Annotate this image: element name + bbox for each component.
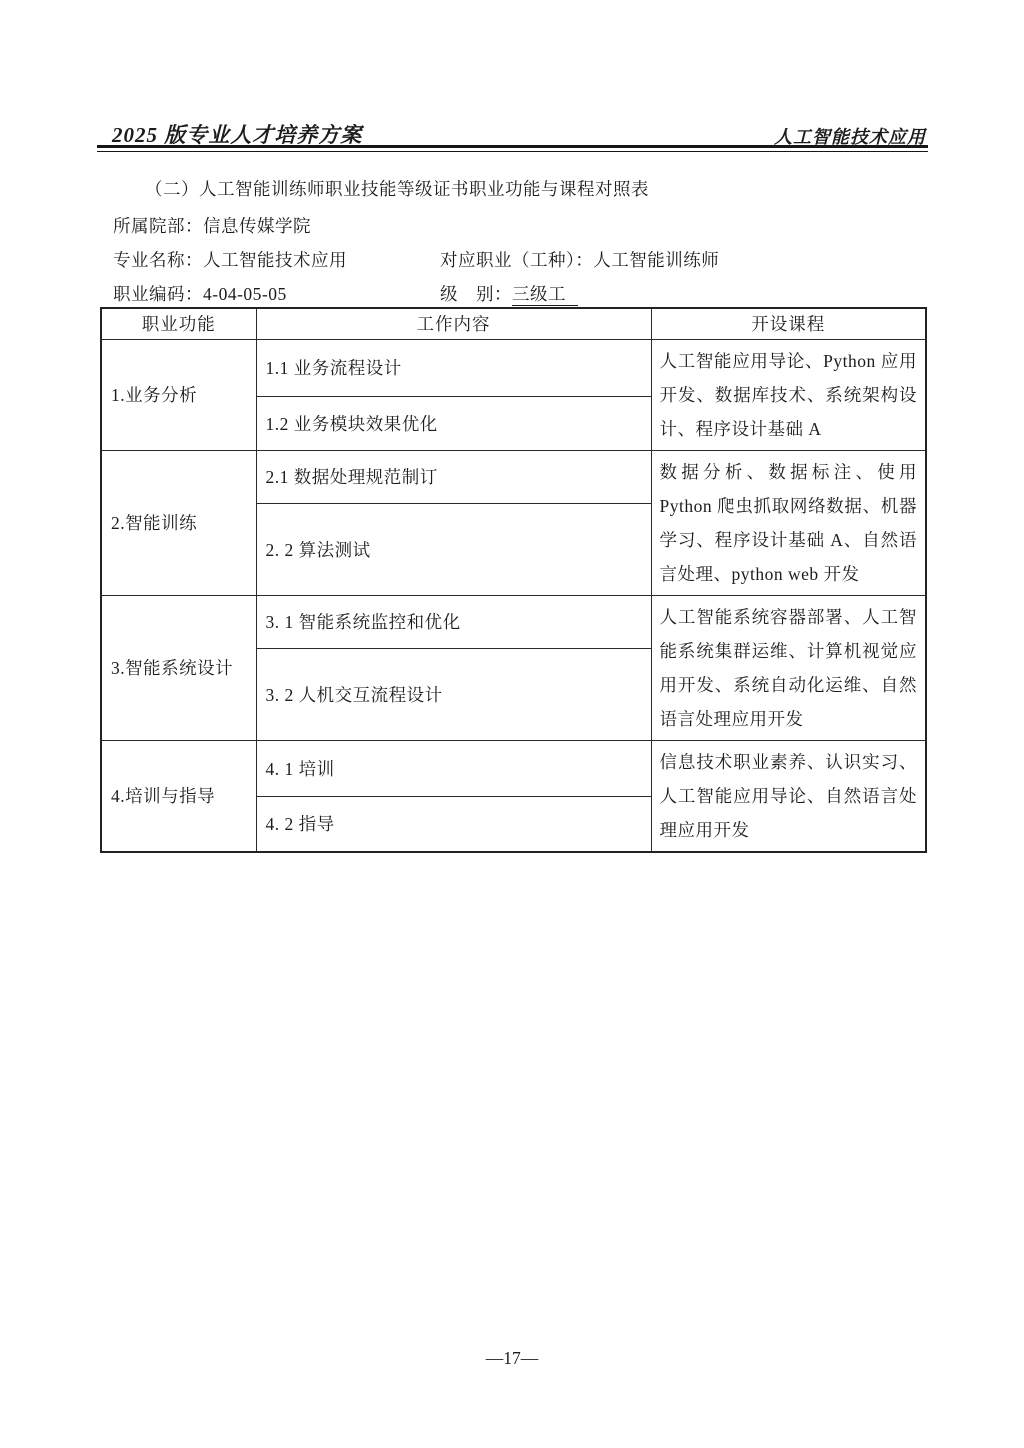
code-label: 职业编码： — [113, 284, 203, 304]
mapping-table-container: 职业功能 工作内容 开设课程 1.业务分析 1.1 业务流程设计 人工智能应用导… — [100, 307, 927, 853]
section-title: （二）人工智能训练师职业技能等级证书职业功能与课程对照表 — [145, 176, 649, 201]
task-cell: 1.1 业务流程设计 — [256, 339, 651, 397]
page-number: —17— — [0, 1348, 1024, 1369]
header-cell-work: 工作内容 — [256, 308, 651, 339]
task-cell: 3. 1 智能系统监控和优化 — [256, 595, 651, 648]
major-value: 人工智能技术应用 — [203, 250, 347, 270]
department-line: 所属院部：信息传媒学院 — [113, 213, 311, 238]
table-row: 4.培训与指导 4. 1 培训 信息技术职业素养、认识实习、人工智能应用导论、自… — [101, 740, 926, 796]
task-cell: 4. 2 指导 — [256, 796, 651, 851]
courses-cell: 人工智能系统容器部署、人工智能系统集群运维、计算机视觉应用开发、系统自动化运维、… — [651, 595, 926, 740]
task-cell: 4. 1 培训 — [256, 740, 651, 796]
code-line: 职业编码：4-04-05-05 — [113, 281, 287, 306]
level-label: 级 别： — [440, 284, 512, 304]
function-course-table: 职业功能 工作内容 开设课程 1.业务分析 1.1 业务流程设计 人工智能应用导… — [100, 307, 927, 853]
header-rule-thin — [97, 151, 928, 152]
major-line: 专业名称：人工智能技术应用 — [113, 247, 347, 272]
courses-cell: 信息技术职业素养、认识实习、人工智能应用导论、自然语言处理应用开发 — [651, 740, 926, 852]
department-label: 所属院部： — [113, 216, 203, 236]
table-header-row: 职业功能 工作内容 开设课程 — [101, 308, 926, 339]
table-row: 3.智能系统设计 3. 1 智能系统监控和优化 人工智能系统容器部署、人工智能系… — [101, 595, 926, 648]
document-page: { "page_header": { "left": "2025 版专业人才培养… — [0, 0, 1024, 1448]
header-cell-function: 职业功能 — [101, 308, 256, 339]
function-cell: 2.智能训练 — [101, 450, 256, 595]
courses-cell: 人工智能应用导论、Python 应用开发、数据库技术、系统架构设计、程序设计基础… — [651, 339, 926, 450]
occupation-label: 对应职业（工种）： — [440, 250, 593, 270]
code-value: 4-04-05-05 — [203, 284, 287, 304]
level-line: 级 别：三级工 — [440, 281, 578, 306]
function-cell: 4.培训与指导 — [101, 740, 256, 852]
header-rule-thick — [97, 145, 928, 148]
function-cell: 1.业务分析 — [101, 339, 256, 450]
table-row: 1.业务分析 1.1 业务流程设计 人工智能应用导论、Python 应用开发、数… — [101, 339, 926, 397]
task-cell: 1.2 业务模块效果优化 — [256, 397, 651, 450]
task-cell: 3. 2 人机交互流程设计 — [256, 648, 651, 740]
major-label: 专业名称： — [113, 250, 203, 270]
department-value: 信息传媒学院 — [203, 216, 311, 236]
level-value: 三级工 — [512, 284, 578, 306]
function-cell: 3.智能系统设计 — [101, 595, 256, 740]
occupation-line: 对应职业（工种）：人工智能训练师 — [440, 247, 719, 272]
occupation-value: 人工智能训练师 — [593, 250, 719, 270]
header-cell-course: 开设课程 — [651, 308, 926, 339]
task-cell: 2. 2 算法测试 — [256, 503, 651, 595]
task-cell: 2.1 数据处理规范制订 — [256, 450, 651, 503]
table-row: 2.智能训练 2.1 数据处理规范制订 数据分析、数据标注、使用 Python … — [101, 450, 926, 503]
courses-cell: 数据分析、数据标注、使用 Python 爬虫抓取网络数据、机器学习、程序设计基础… — [651, 450, 926, 595]
